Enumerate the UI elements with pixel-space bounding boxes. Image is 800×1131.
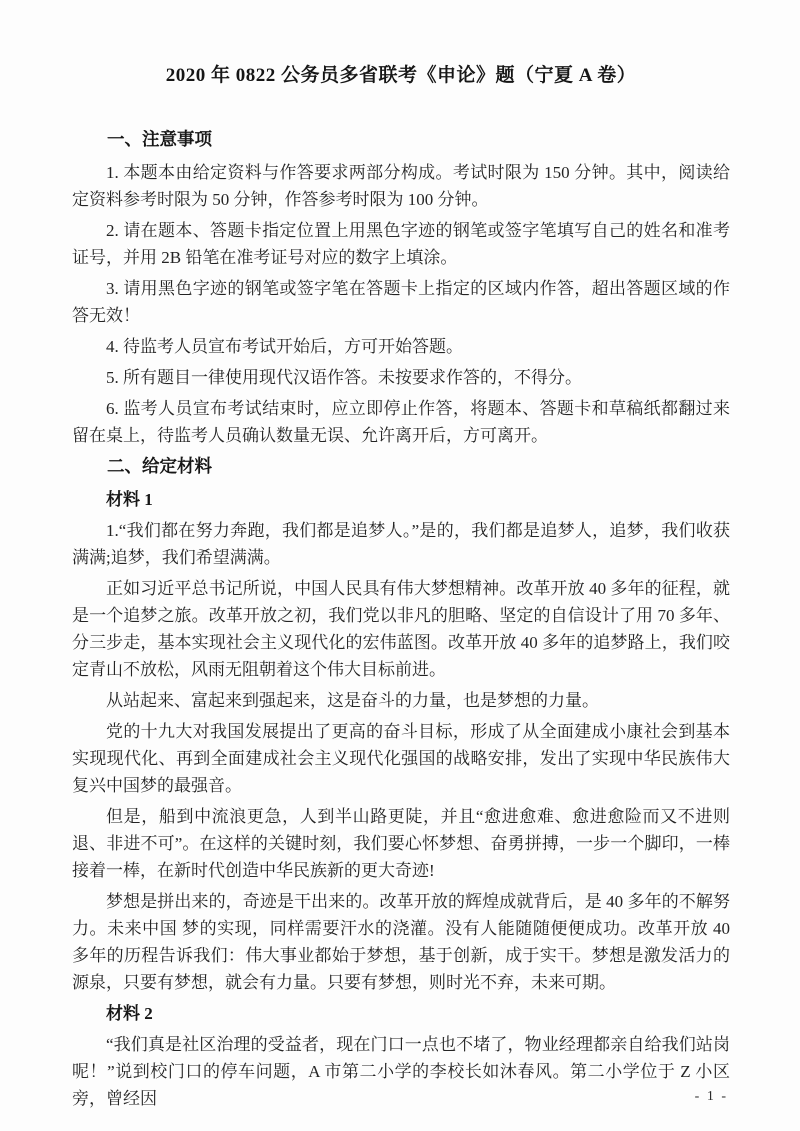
material-1-heading: 材料 1	[72, 486, 730, 513]
notice-item: 6. 监考人员宣布考试结束时，应立即停止作答，将题本、答题卡和草稿纸都翻过来留在…	[72, 395, 730, 449]
material-1-paragraph: 正如习近平总书记所说，中国人民具有伟大梦想精神。改革开放 40 多年的征程，就是…	[72, 575, 730, 683]
notice-item: 2. 请在题本、答题卡指定位置上用黑色字迹的钢笔或签字笔填写自己的姓名和准考证号…	[72, 217, 730, 271]
material-1-paragraph: 梦想是拼出来的，奇迹是干出来的。改革开放的辉煌成就背后，是 40 多年的不解努力…	[72, 888, 730, 996]
material-1-paragraph: 1.“我们都在努力奔跑，我们都是追梦人。”是的，我们都是追梦人，追梦，我们收获满…	[72, 517, 730, 571]
materials-section-heading: 二、给定材料	[72, 453, 730, 480]
document-page: 2020 年 0822 公务员多省联考《申论》题（宁夏 A 卷） 一、注意事项 …	[0, 0, 800, 1131]
notice-item: 3. 请用黑色字迹的钢笔或签字笔在答题卡上指定的区域内作答，超出答题区域的作答无…	[72, 275, 730, 329]
page-number: - 1 -	[695, 1089, 728, 1105]
notice-item: 4. 待监考人员宣布考试开始后，方可开始答题。	[72, 333, 730, 360]
material-1-paragraph: 党的十九大对我国发展提出了更高的奋斗目标，形成了从全面建成小康社会到基本实现现代…	[72, 718, 730, 799]
notice-section: 一、注意事项 1. 本题本由给定资料与作答要求两部分构成。考试时限为 150 分…	[72, 126, 730, 449]
notice-item: 1. 本题本由给定资料与作答要求两部分构成。考试时限为 150 分钟。其中，阅读…	[72, 159, 730, 213]
notice-item: 5. 所有题目一律使用现代汉语作答。未按要求作答的，不得分。	[72, 364, 730, 391]
materials-section: 二、给定材料 材料 1 1.“我们都在努力奔跑，我们都是追梦人。”是的，我们都是…	[72, 453, 730, 1112]
notice-section-heading: 一、注意事项	[72, 126, 730, 153]
document-title: 2020 年 0822 公务员多省联考《申论》题（宁夏 A 卷）	[72, 62, 730, 90]
material-1-paragraph: 从站起来、富起来到强起来，这是奋斗的力量，也是梦想的力量。	[72, 687, 730, 714]
material-1-paragraph: 但是，船到中流浪更急，人到半山路更陡，并且“愈进愈难、愈进愈险而又不进则退、非进…	[72, 803, 730, 884]
material-2-paragraph: “我们真是社区治理的受益者，现在门口一点也不堵了，物业经理都亲自给我们站岗呢！”…	[72, 1031, 730, 1112]
material-2-heading: 材料 2	[72, 1000, 730, 1027]
